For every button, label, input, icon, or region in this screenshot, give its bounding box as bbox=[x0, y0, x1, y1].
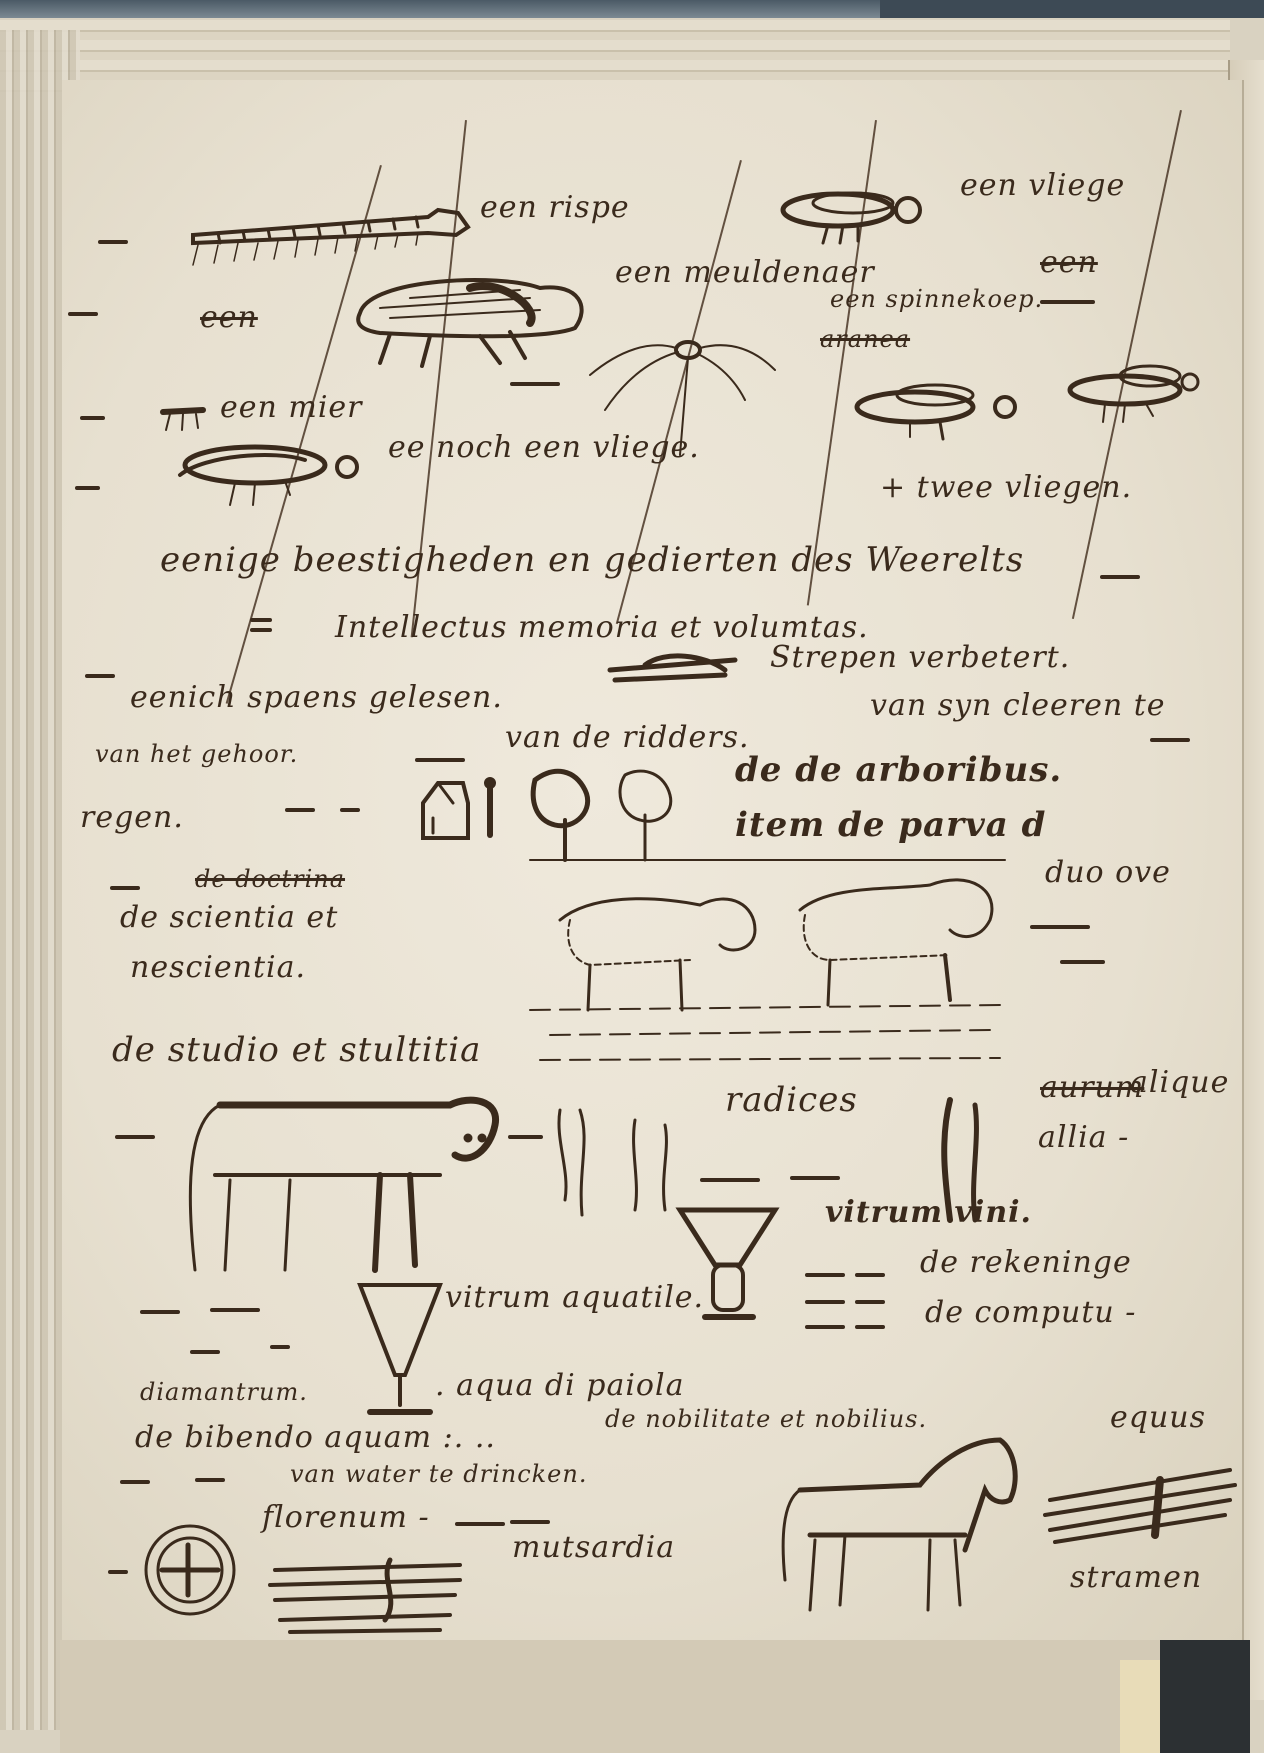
margin-dash bbox=[98, 240, 128, 244]
label-spider: een spinnekoep. bbox=[830, 285, 1043, 313]
text-mutsardia: mutsardia bbox=[512, 1530, 675, 1565]
margin-dash bbox=[415, 758, 465, 762]
horse-drawing bbox=[770, 1420, 1070, 1620]
cockchafer-drawing bbox=[350, 268, 595, 378]
text-allia: allia - bbox=[1038, 1120, 1129, 1155]
two-sheep-drawing bbox=[530, 860, 1010, 1070]
text-bibendo: de bibendo aquam :. .. bbox=[135, 1420, 496, 1455]
margin-dash bbox=[1100, 575, 1140, 579]
text-radices: radices bbox=[725, 1080, 858, 1120]
label-aranea: aranea bbox=[820, 325, 910, 353]
water-glass-drawing bbox=[355, 1280, 445, 1425]
text-regen: regen. bbox=[80, 800, 184, 835]
margin-dash bbox=[250, 628, 272, 632]
margin-dash bbox=[790, 1176, 840, 1180]
margin-dash bbox=[510, 1520, 550, 1524]
margin-dash bbox=[455, 1522, 505, 1526]
hatched-drawing bbox=[270, 1560, 470, 1640]
margin-dash bbox=[1040, 300, 1095, 304]
person-drawing bbox=[480, 775, 500, 845]
margin-dash bbox=[855, 1273, 885, 1277]
label-ant: een mier bbox=[220, 390, 363, 425]
margin-dash bbox=[805, 1325, 845, 1329]
text-water-drinken: van water te drincken. bbox=[290, 1460, 587, 1488]
margin-dash bbox=[85, 674, 115, 678]
underlying-pages bbox=[60, 1640, 1160, 1753]
house-drawing bbox=[418, 778, 473, 843]
struck-word: een bbox=[200, 300, 258, 335]
coin-florin-drawing bbox=[140, 1520, 240, 1620]
margin-dash bbox=[140, 1310, 180, 1314]
text-rekeninge: de rekeninge bbox=[920, 1245, 1132, 1280]
margin-dash bbox=[75, 486, 100, 490]
text-computu: de computu - bbox=[925, 1295, 1136, 1330]
margin-dash bbox=[805, 1273, 845, 1277]
margin-dash bbox=[190, 1350, 220, 1354]
binding-cloth bbox=[1160, 1640, 1250, 1753]
margin-dash bbox=[285, 808, 315, 812]
margin-dash bbox=[1030, 925, 1090, 929]
margin-dash bbox=[1150, 738, 1190, 742]
fly-2-drawing bbox=[175, 435, 365, 525]
margin-dash bbox=[110, 886, 140, 890]
ant-drawing bbox=[158, 400, 213, 435]
text-nescientia: nescientia. bbox=[130, 950, 306, 985]
margin-dash bbox=[80, 416, 105, 420]
margin-dash bbox=[508, 1135, 543, 1139]
margin-dash bbox=[1060, 960, 1105, 964]
fly-3-drawing bbox=[855, 375, 1025, 445]
text-vitrum-vini: vitrum vini. bbox=[825, 1195, 1032, 1230]
text-gehoor: van het gehoor. bbox=[95, 740, 298, 768]
margin-dash bbox=[108, 1570, 128, 1574]
text-spaens: eenich spaens gelesen. bbox=[130, 680, 503, 715]
margin-dash bbox=[68, 312, 98, 316]
text-florenum: florenum - bbox=[262, 1500, 430, 1535]
label-caterpillar: een rispe bbox=[480, 190, 630, 225]
margin-dash bbox=[700, 1178, 760, 1182]
text-alique: alique bbox=[1130, 1065, 1229, 1100]
text-parva: item de parva d bbox=[735, 805, 1046, 845]
straw-bundle-drawing bbox=[1040, 1460, 1240, 1550]
text-ridders: van de ridders. bbox=[505, 720, 750, 755]
ox-drawing bbox=[170, 1080, 500, 1280]
text-scientia: de scientia et bbox=[120, 900, 338, 935]
caterpillar-drawing bbox=[188, 205, 478, 275]
margin-dash bbox=[210, 1308, 260, 1312]
margin-dash bbox=[510, 382, 560, 386]
label-another-fly: ee noch een vliege. bbox=[388, 430, 700, 465]
margin-dash bbox=[340, 808, 360, 812]
fly-4-drawing bbox=[1065, 360, 1205, 440]
text-vitrum-aquatile: vitrum aquatile. bbox=[445, 1280, 704, 1315]
heading-creatures: eenige beestigheden en gedierten des Wee… bbox=[160, 540, 1024, 580]
struck-word: een bbox=[1040, 245, 1098, 280]
margin-dash bbox=[250, 618, 272, 622]
text-diamantrum: diamantrum. bbox=[140, 1378, 308, 1406]
label-two-flies: + twee vliegen. bbox=[880, 470, 1132, 505]
margin-dash bbox=[120, 1480, 150, 1484]
wine-glass-drawing bbox=[675, 1205, 785, 1335]
margin-dash bbox=[855, 1325, 885, 1329]
struck-word: aurum bbox=[1040, 1070, 1144, 1105]
scribble-drawing bbox=[605, 645, 745, 695]
text-duo-oves: duo ove bbox=[1045, 855, 1171, 890]
margin-dash bbox=[195, 1478, 225, 1482]
text-aqua-paiola: . aqua di paiola bbox=[435, 1368, 684, 1403]
text-arboribus: de de arboribus. bbox=[735, 750, 1062, 790]
text-studio: de studio et stultitia bbox=[112, 1030, 481, 1070]
label-fly: een vliege bbox=[960, 168, 1125, 203]
margin-dash bbox=[855, 1300, 885, 1304]
margin-dash bbox=[270, 1345, 290, 1349]
margin-dash bbox=[805, 1300, 845, 1304]
fly-drawing bbox=[778, 185, 938, 255]
struck-text: de doctrina bbox=[195, 865, 345, 893]
bottom-leaf bbox=[1120, 1660, 1160, 1753]
margin-dash bbox=[115, 1135, 155, 1139]
trees-drawing bbox=[525, 760, 685, 870]
text-cleeren: van syn cleeren te bbox=[870, 688, 1166, 723]
text-strepen: Strepen verbetert. bbox=[770, 640, 1070, 675]
text-equus: equus bbox=[1110, 1400, 1206, 1435]
text-stramen: stramen bbox=[1070, 1560, 1202, 1595]
